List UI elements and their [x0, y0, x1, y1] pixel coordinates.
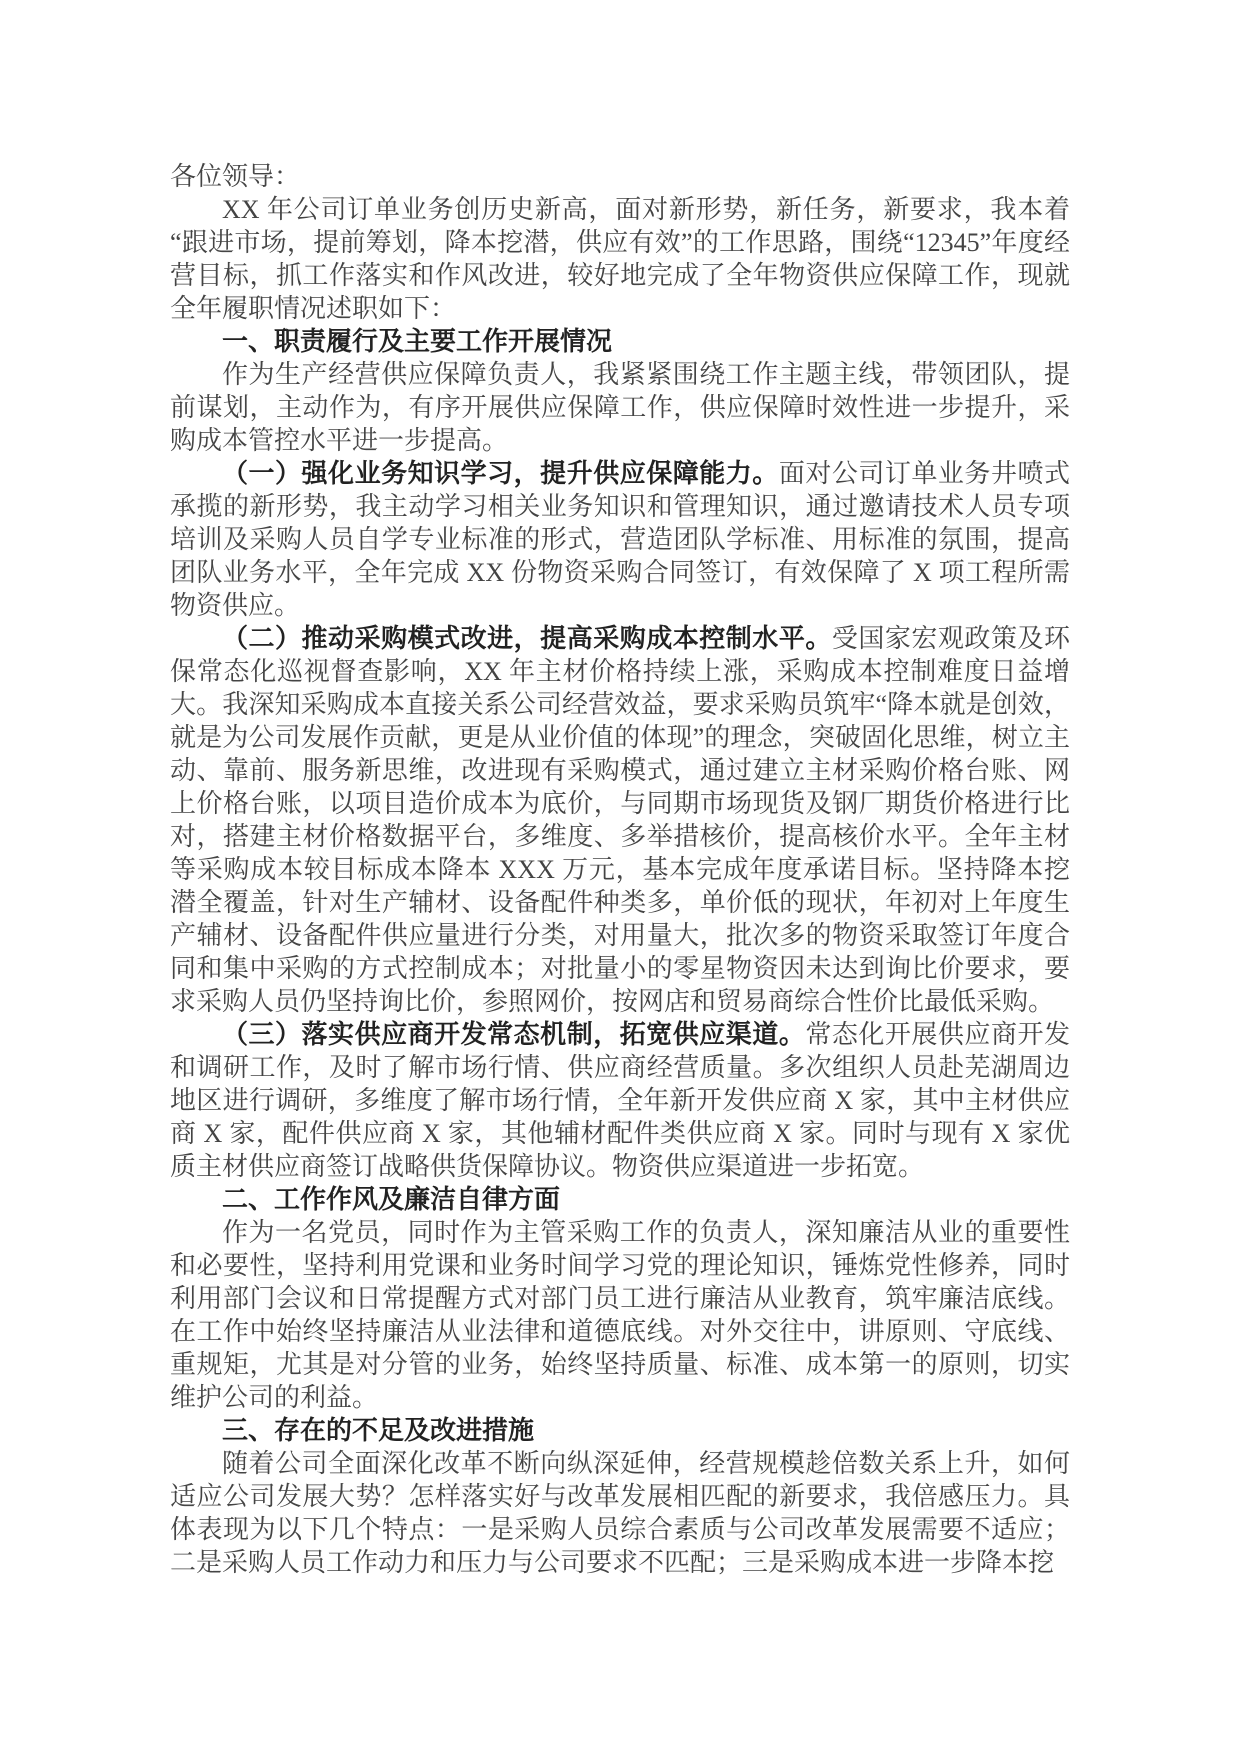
body-paragraph: 作为生产经营供应保障负责人，我紧紧围绕工作主题主线，带领团队，提前谋划，主动作为…	[170, 358, 1070, 457]
paragraph-bold-lead: （三）落实供应商开发常态机制，拓宽供应渠道。	[222, 1020, 805, 1049]
section-heading: 三、存在的不足及改进措施	[170, 1414, 1070, 1447]
body-paragraph: 随着公司全面深化改革不断向纵深延伸，经营规模趁倍数关系上升，如何适应公司发展大势…	[170, 1447, 1070, 1579]
section-heading: 二、工作作风及廉洁自律方面	[170, 1183, 1070, 1216]
paragraph-bold-lead: （二）推动采购模式改进，提高采购成本控制水平。	[222, 624, 832, 653]
document-body: 各位领导：XX 年公司订单业务创历史新高，面对新形势，新任务，新要求，我本着“跟…	[170, 160, 1070, 1579]
body-paragraph: XX 年公司订单业务创历史新高，面对新形势，新任务，新要求，我本着“跟进市场，提…	[170, 193, 1070, 325]
document-page: 各位领导：XX 年公司订单业务创历史新高，面对新形势，新任务，新要求，我本着“跟…	[0, 0, 1240, 1754]
salutation-line: 各位领导：	[170, 160, 1070, 193]
paragraph-bold-lead: （一）强化业务知识学习，提升供应保障能力。	[222, 459, 779, 488]
body-paragraph: （一）强化业务知识学习，提升供应保障能力。面对公司订单业务井喷式承揽的新形势，我…	[170, 457, 1070, 622]
body-paragraph: 作为一名党员，同时作为主管采购工作的负责人，深知廉洁从业的重要性和必要性，坚持利…	[170, 1216, 1070, 1414]
body-paragraph: （二）推动采购模式改进，提高采购成本控制水平。受国家宏观政策及环保常态化巡视督查…	[170, 622, 1070, 1018]
section-heading: 一、职责履行及主要工作开展情况	[170, 325, 1070, 358]
body-paragraph: （三）落实供应商开发常态机制，拓宽供应渠道。常态化开展供应商开发和调研工作，及时…	[170, 1018, 1070, 1183]
